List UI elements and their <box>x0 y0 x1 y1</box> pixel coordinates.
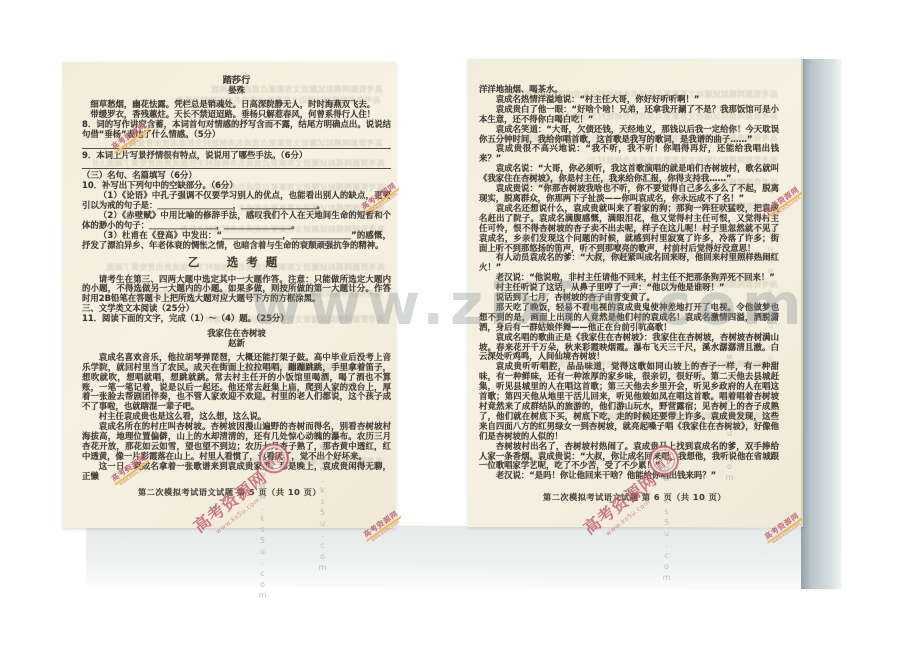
story-paragraph: 袁成贵说：“你那杏树坡我啥也不听，你不要觉得自己多么多么了不起，脱离现实，脱离群… <box>479 184 779 204</box>
question-11-intro: 11．阅读下面的文字，完成（1）～（4）题。（25分） <box>82 314 391 324</box>
story-paragraph: 袁成名笑道：“大哥，欠债还钱，天经地义，那钱以后我一定给你！今天耽误你五分钟时间… <box>479 125 779 145</box>
story-paragraph: 袁成贵很不高兴地说：“我不听，我不听！你唱得再好，还能给我唱出钱来？” <box>479 144 779 164</box>
story-paragraph: 袁成贵白了他一眼：“好啥个啥！兄弟，还拿我开涮了不是？我那饭馆可是小本生意，还不… <box>479 105 779 125</box>
page-right: 高考资源网模拟试题语文答案要点袁成名杏树坡村主任袁成贵由青变黄了画面上出现的人竟… <box>468 59 803 527</box>
story-paragraph: 袁成名唱的歌曲正是《我家住在杏树坡》：我家住在杏树坡，杏树坡杏树满山坡。春来花开… <box>479 333 779 363</box>
story-paragraph: 杏树坡村出名了，杏树坡村热闹了。袁成贵马上找到袁成名的爹，双手捧给人家一条香烟。… <box>479 442 779 472</box>
story-author: 赵新 <box>82 339 391 349</box>
story-paragraph: 老汉说：“是吗！你让他回来干啥？他能给你唱出钱来吗？” <box>479 471 779 481</box>
story-paragraph: 袁成名说：“大哥，你必须听，我这首歌演唱的就是咱们杏树坡村，歌名就叫《我家住在杏… <box>479 164 779 184</box>
page-left-footer: 第二次模拟考试语文试题 第 5 页（共 10 页） <box>63 487 396 498</box>
question-9: 9．本词上片写景抒情很有特点，说说用了哪些手法。（6分） <box>82 151 391 161</box>
page-right-content: 洋洋地抽烟、喝茶水。 袁成名热情洋溢地说：“村主任大哥，你好好听听啊！” 袁成贵… <box>468 59 801 527</box>
scanned-exam-document: 高考资源网模拟试题语文答案要点袁成名杏树坡村主任袁成贵由青变黄了画面上出现的人竟… <box>0 0 920 651</box>
page-stack-edge <box>801 59 842 589</box>
story-paragraph: 有人动员袁成名的爹：“大叔，你赶紧叫成名回来呀，他回来村里照样热闹红火！” <box>479 253 779 273</box>
poem-author: 晏殊 <box>82 86 391 96</box>
story-paragraph: 那天吃了晚饭，轻易不看电视的袁成贵鬼使神差地打开了电视。令他做梦也想不到的是，画… <box>479 303 779 333</box>
page-left: 高考资源网模拟试题语文答案要点袁成名杏树坡村主任袁成贵由青变黄了画面上出现的人竟… <box>63 62 396 528</box>
question-10-item: （2）《赤壁赋》中用比喻的修辞手法，感叹我们个人在天地间生命的短暂和个体的渺小的… <box>82 211 391 231</box>
page-right-footer: 第二次模拟考试语文试题 第 6 页（共 10 页） <box>468 492 801 503</box>
question-8: 8．词的写作讲究含蓄，本词首句对情感的抒写含而不露，结尾方明确点出。说说结句借“… <box>82 120 391 140</box>
question-10-item: （1）《论语》中孔子强调不仅要学习别人的优点，也能看出别人的缺点，更要引以为戒的… <box>82 191 391 211</box>
question-10-item: （3）杜甫在《登高》中发出：“＿＿＿＿＿＿＿，＿＿＿＿＿＿＿”的感慨，抒发了漂泊… <box>82 231 391 251</box>
story-paragraph: 袁成名还想说什么，袁成贵就叫来了看家的狗；那狗一阵狂吠猛咬，把袁成名赶出了院子。… <box>479 204 779 254</box>
story-paragraph: 袁成贵听听唱腔，品品味道，觉得这歌如同山坡上的杏子一样，有一种甜味，有一种鲜味，… <box>479 362 779 441</box>
page-left-content: 踏莎行 晏殊 细草愁烟，幽花怯露。凭栏总是销魂处。日高深院静无人，时时海燕双飞去… <box>63 62 396 528</box>
story-paragraph: 袁成名喜欢音乐，他拉胡琴弹琵琶，大概还能打架子鼓。高中毕业后没考上音乐学院，就回… <box>82 353 391 412</box>
story-paragraph: 袁成名所在的村庄叫杏树坡。杏树坡因漫山遍野的杏树而得名，别看杏树坡村海拔高，地理… <box>82 422 391 462</box>
section-b-heading: 乙 选考题 <box>82 258 391 268</box>
story-paragraph: 这一日，袁成名拿着一张歌谱来到袁成贵家里。那是晚上，袁成贵闲得无聊，正懒 <box>82 462 391 482</box>
section-b-note: 请考生在第三、四两大题中选定其中一大题作答。注意：只能做所选定大题内的小题，不得… <box>82 275 391 305</box>
underlying-sheet <box>86 523 842 590</box>
